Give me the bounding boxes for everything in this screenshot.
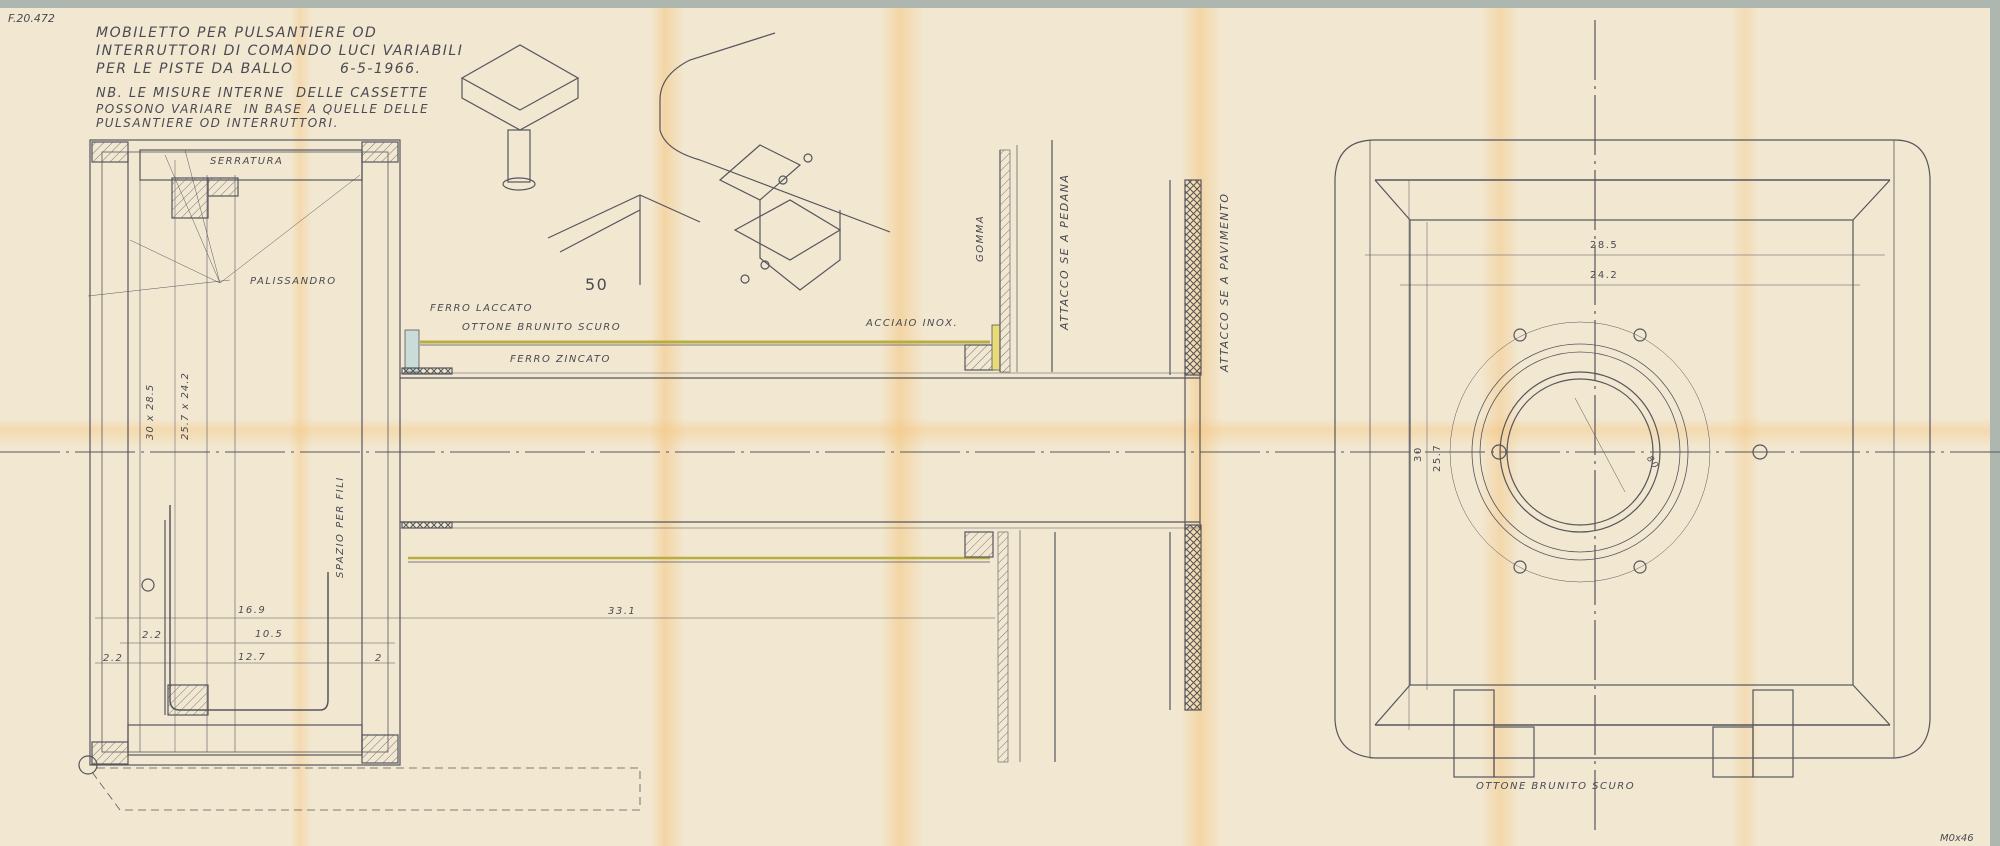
dim-inner-section: 25.7 x 24.2 — [180, 372, 191, 440]
note-line-1: NB. LE MISURE INTERNE DELLE CASSETTE — [96, 85, 429, 102]
dim-33-1: 33.1 — [608, 606, 636, 617]
drawing-title-line-3: PER LE PISTE DA BALLO — [96, 61, 294, 78]
dim-16-9: 16.9 — [238, 605, 266, 616]
archive-code: F.20.472 — [8, 12, 55, 25]
dim-2: 2 — [375, 653, 383, 664]
plan-dim-25-7: 25.7 — [1432, 444, 1443, 472]
label-serratura: SERRATURA — [210, 156, 283, 167]
dim-10-5: 10.5 — [255, 629, 283, 640]
dim-outer-section: 30 x 28.5 — [145, 384, 156, 440]
label-palissandro: PALISSANDRO — [250, 276, 337, 287]
drawing-date: 6-5-1966. — [340, 61, 422, 78]
dim-2-2-b: 2.2 — [103, 653, 123, 664]
note-line-3: PULSANTIERE OD INTERRUTTORI. — [96, 115, 339, 132]
plan-dim-28-5: 28.5 — [1590, 240, 1618, 251]
label-acciaio-inox: ACCIAIO INOX. — [866, 318, 958, 329]
dim-2-2-a: 2.2 — [142, 630, 162, 641]
plan-dim-30: 30 — [1413, 446, 1424, 462]
corner-mark: M0x46 — [1940, 833, 1974, 844]
label-attacco-pedana: ATTACCO SE A PEDANA — [1058, 174, 1071, 330]
label-spazio-per-fili: SPAZIO PER FILI — [335, 476, 346, 578]
label-attacco-pavimento: ATTACCO SE A PAVIMENTO — [1218, 192, 1231, 372]
label-gomma: GOMMA — [975, 215, 986, 262]
dim-50: 50 — [585, 275, 608, 294]
drawing-title-line-2: INTERRUTTORI DI COMANDO LUCI VARIABILI — [96, 43, 463, 60]
label-ferro-zincato: FERRO ZINCATO — [510, 354, 611, 365]
label-ottone-brunito-scuro: OTTONE BRUNITO SCURO — [462, 322, 621, 333]
dim-12-7: 12.7 — [238, 652, 266, 663]
plan-dim-24-2: 24.2 — [1590, 270, 1618, 281]
label-ferro-laccato: FERRO LACCATO — [430, 303, 533, 314]
drawing-title-line-1: MOBILETTO PER PULSANTIERE OD — [96, 25, 377, 42]
label-ottone-brunito-scuro-plan: OTTONE BRUNITO SCURO — [1476, 781, 1635, 792]
